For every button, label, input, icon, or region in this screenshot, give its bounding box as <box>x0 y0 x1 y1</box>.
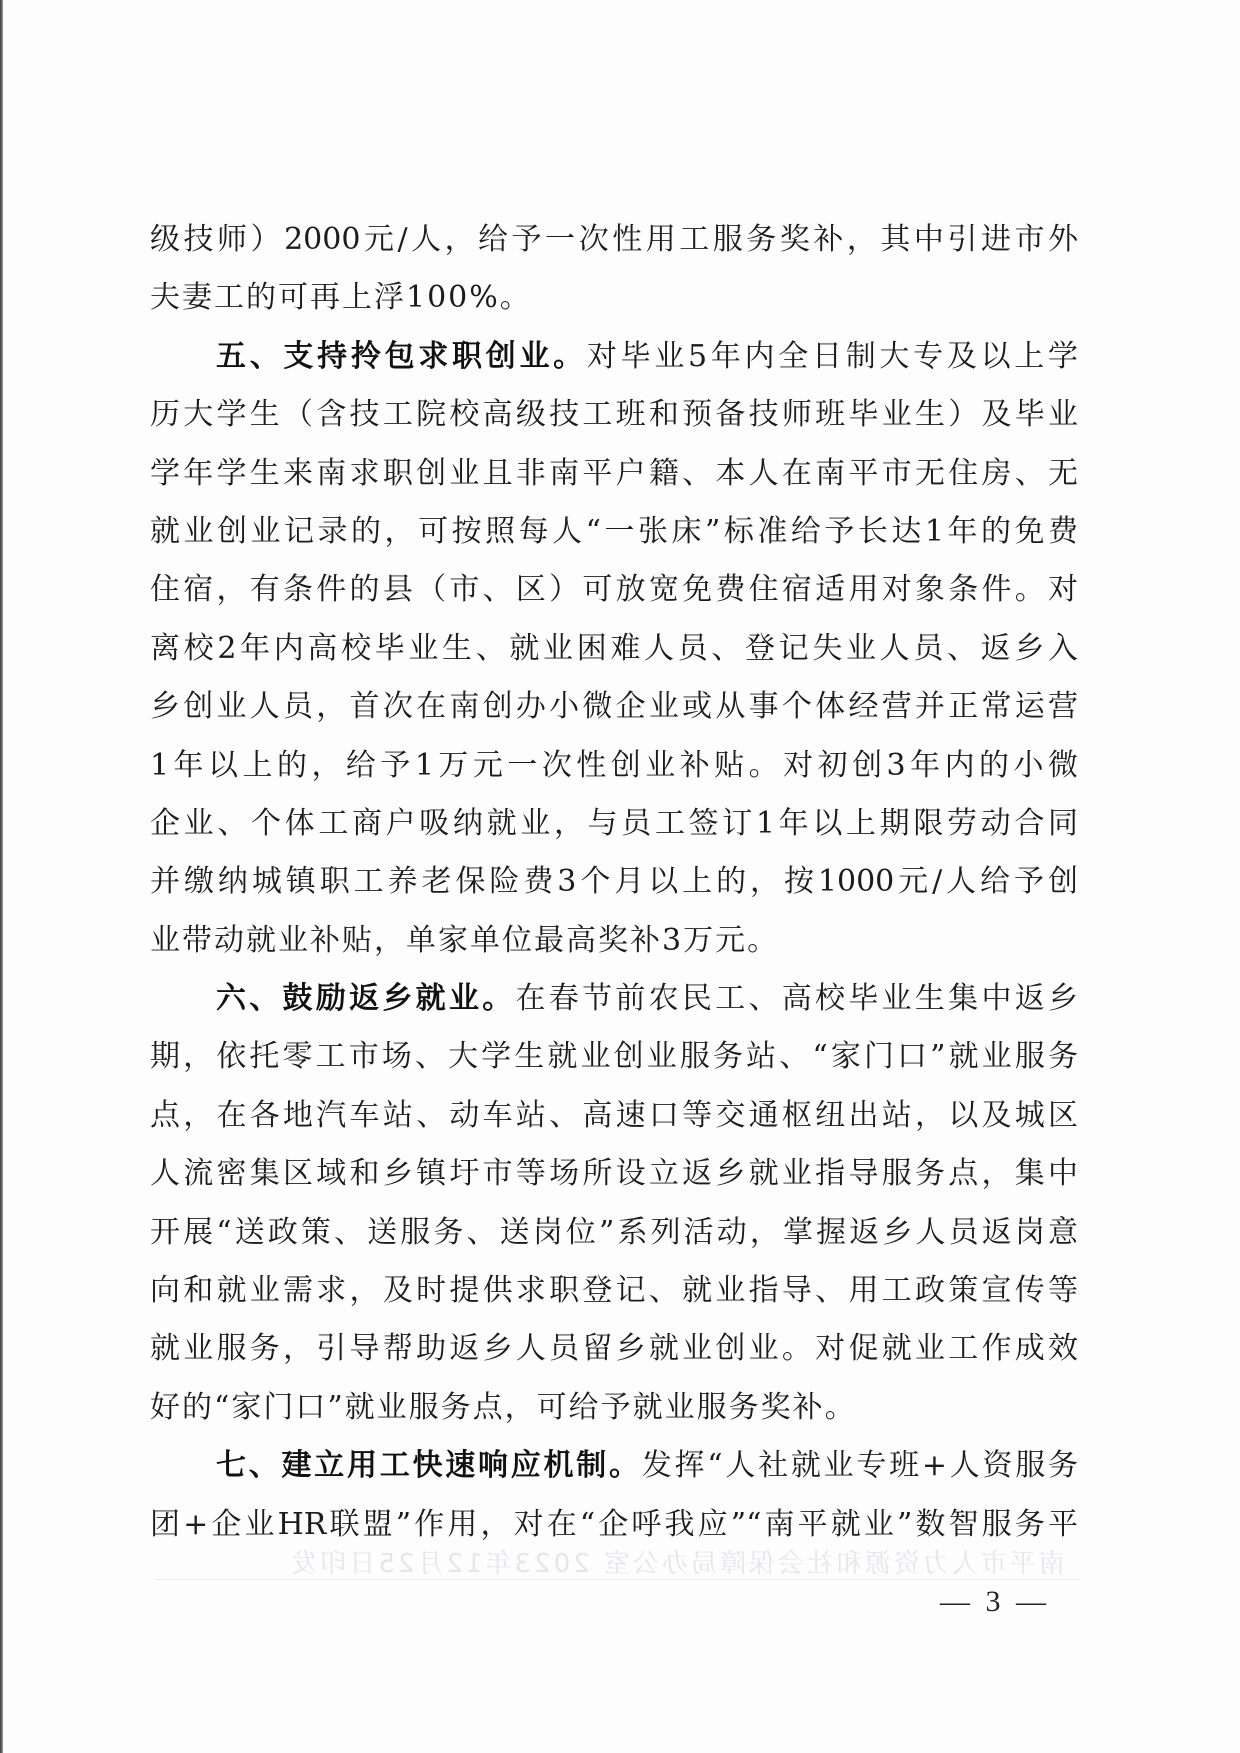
bleed-through-rule <box>155 1579 1080 1580</box>
line-text: 企业、个体工商户吸纳就业，与员工签订1年以上期限劳动合同 <box>150 806 1078 841</box>
section-heading-line-5: 五、支持拎包求职创业。对毕业5年内全日制大专及以上学 <box>150 328 1078 386</box>
document-body: 级技师）2000元/人，给予一次性用工服务奖补，其中引进市外 夫妻工的可再上浮1… <box>150 211 1078 1554</box>
paragraph-line: 开展“送政策、送服务、送岗位”系列活动，掌握返乡人员返岗意 <box>150 1204 1078 1262</box>
paragraph-line: 并缴纳城镇职工养老保险费3个月以上的，按1000元/人给予创 <box>150 853 1078 911</box>
line-text: 开展“送政策、送服务、送岗位”系列活动，掌握返乡人员返岗意 <box>150 1215 1078 1250</box>
paragraph-line: 好的“家门口”就业服务点，可给予就业服务奖补。 <box>150 1379 1078 1437</box>
line-text: 历大学生（含技工院校高级技工班和预备技师班毕业生）及毕业 <box>150 397 1078 432</box>
line-text: 就业服务，引导帮助返乡人员留乡就业创业。对促就业工作成效 <box>150 1331 1078 1366</box>
section-heading: 六、鼓励返乡就业。 <box>216 981 516 1016</box>
line-text: 好的“家门口”就业服务点，可给予就业服务奖补。 <box>150 1390 857 1425</box>
line-text: 并缴纳城镇职工养老保险费3个月以上的，按1000元/人给予创 <box>150 864 1078 899</box>
paragraph-line: 企业、个体工商户吸纳就业，与员工签订1年以上期限劳动合同 <box>150 795 1078 853</box>
page-number: — 3 — <box>940 1585 1050 1619</box>
line-text: 住宿，有条件的县（市、区）可放宽免费住宿适用对象条件。对 <box>150 572 1078 607</box>
line-text: 业带动就业补贴，单家单位最高奖补3万元。 <box>150 923 779 958</box>
paragraph-line: 学年学生来南求职创业且非南平户籍、本人在南平市无住房、无 <box>150 445 1078 503</box>
line-text: 1年以上的，给予1万元一次性创业补贴。对初创3年内的小微 <box>150 748 1078 783</box>
paragraph-line: 期，依托零工市场、大学生就业创业服务站、“家门口”就业服务 <box>150 1028 1078 1086</box>
line-text: 团+企业HR联盟”作用，对在“企呼我应”“南平就业”数智服务平 <box>150 1507 1078 1542</box>
line-text: 期，依托零工市场、大学生就业创业服务站、“家门口”就业服务 <box>150 1039 1078 1074</box>
paragraph-line: 人流密集区域和乡镇圩市等场所设立返乡就业指导服务点，集中 <box>150 1145 1078 1203</box>
section-heading: 五、支持拎包求职创业。 <box>216 339 587 374</box>
line-text: 人流密集区域和乡镇圩市等场所设立返乡就业指导服务点，集中 <box>150 1156 1078 1191</box>
paragraph-line: 住宿，有条件的县（市、区）可放宽免费住宿适用对象条件。对 <box>150 561 1078 619</box>
line-text: 离校2年内高校毕业生、就业困难人员、登记失业人员、返乡入 <box>150 631 1078 666</box>
paragraph-line: 历大学生（含技工院校高级技工班和预备技师班毕业生）及毕业 <box>150 386 1078 444</box>
paragraph-line: 夫妻工的可再上浮100%。 <box>150 269 1078 327</box>
paragraph-line: 就业服务，引导帮助返乡人员留乡就业创业。对促就业工作成效 <box>150 1320 1078 1378</box>
line-text: 对毕业5年内全日制大专及以上学 <box>587 339 1078 374</box>
paragraph-line: 点，在各地汽车站、动车站、高速口等交通枢纽出站，以及城区 <box>150 1087 1078 1145</box>
section-heading-line-7: 七、建立用工快速响应机制。发挥“人社就业专班+人资服务 <box>150 1437 1078 1495</box>
paragraph-line: 就业创业记录的，可按照每人“一张床”标准给予长达1年的免费 <box>150 503 1078 561</box>
section-heading-line-6: 六、鼓励返乡就业。在春节前农民工、高校毕业生集中返乡 <box>150 970 1078 1028</box>
line-text: 点，在各地汽车站、动车站、高速口等交通枢纽出站，以及城区 <box>150 1098 1078 1133</box>
line-text: 发挥“人社就业专班+人资服务 <box>642 1448 1078 1483</box>
scan-edge-shadow <box>0 0 3 1753</box>
line-text: 乡创业人员，首次在南创办小微企业或从事个体经营并正常运营 <box>150 689 1078 724</box>
section-heading: 七、建立用工快速响应机制。 <box>216 1448 642 1483</box>
paragraph-line: 乡创业人员，首次在南创办小微企业或从事个体经营并正常运营 <box>150 678 1078 736</box>
paragraph-line: 向和就业需求，及时提供求职登记、就业指导、用工政策宣传等 <box>150 1262 1078 1320</box>
line-text: 夫妻工的可再上浮100%。 <box>150 280 532 315</box>
line-text: 学年学生来南求职创业且非南平户籍、本人在南平市无住房、无 <box>150 456 1078 491</box>
line-text: 向和就业需求，及时提供求职登记、就业指导、用工政策宣传等 <box>150 1273 1078 1308</box>
line-text: 就业创业记录的，可按照每人“一张床”标准给予长达1年的免费 <box>150 514 1078 549</box>
paragraph-line: 业带动就业补贴，单家单位最高奖补3万元。 <box>150 912 1078 970</box>
paragraph-line: 1年以上的，给予1万元一次性创业补贴。对初创3年内的小微 <box>150 737 1078 795</box>
paragraph-line: 级技师）2000元/人，给予一次性用工服务奖补，其中引进市外 <box>150 211 1078 269</box>
line-text: 级技师）2000元/人，给予一次性用工服务奖补，其中引进市外 <box>150 222 1078 257</box>
line-text: 在春节前农民工、高校毕业生集中返乡 <box>516 981 1078 1016</box>
paragraph-line: 离校2年内高校毕业生、就业困难人员、登记失业人员、返乡入 <box>150 620 1078 678</box>
bleed-through-text: 南平市人力资源和社会保障局办公室 2023年12月25日印发 <box>165 1543 1065 1580</box>
